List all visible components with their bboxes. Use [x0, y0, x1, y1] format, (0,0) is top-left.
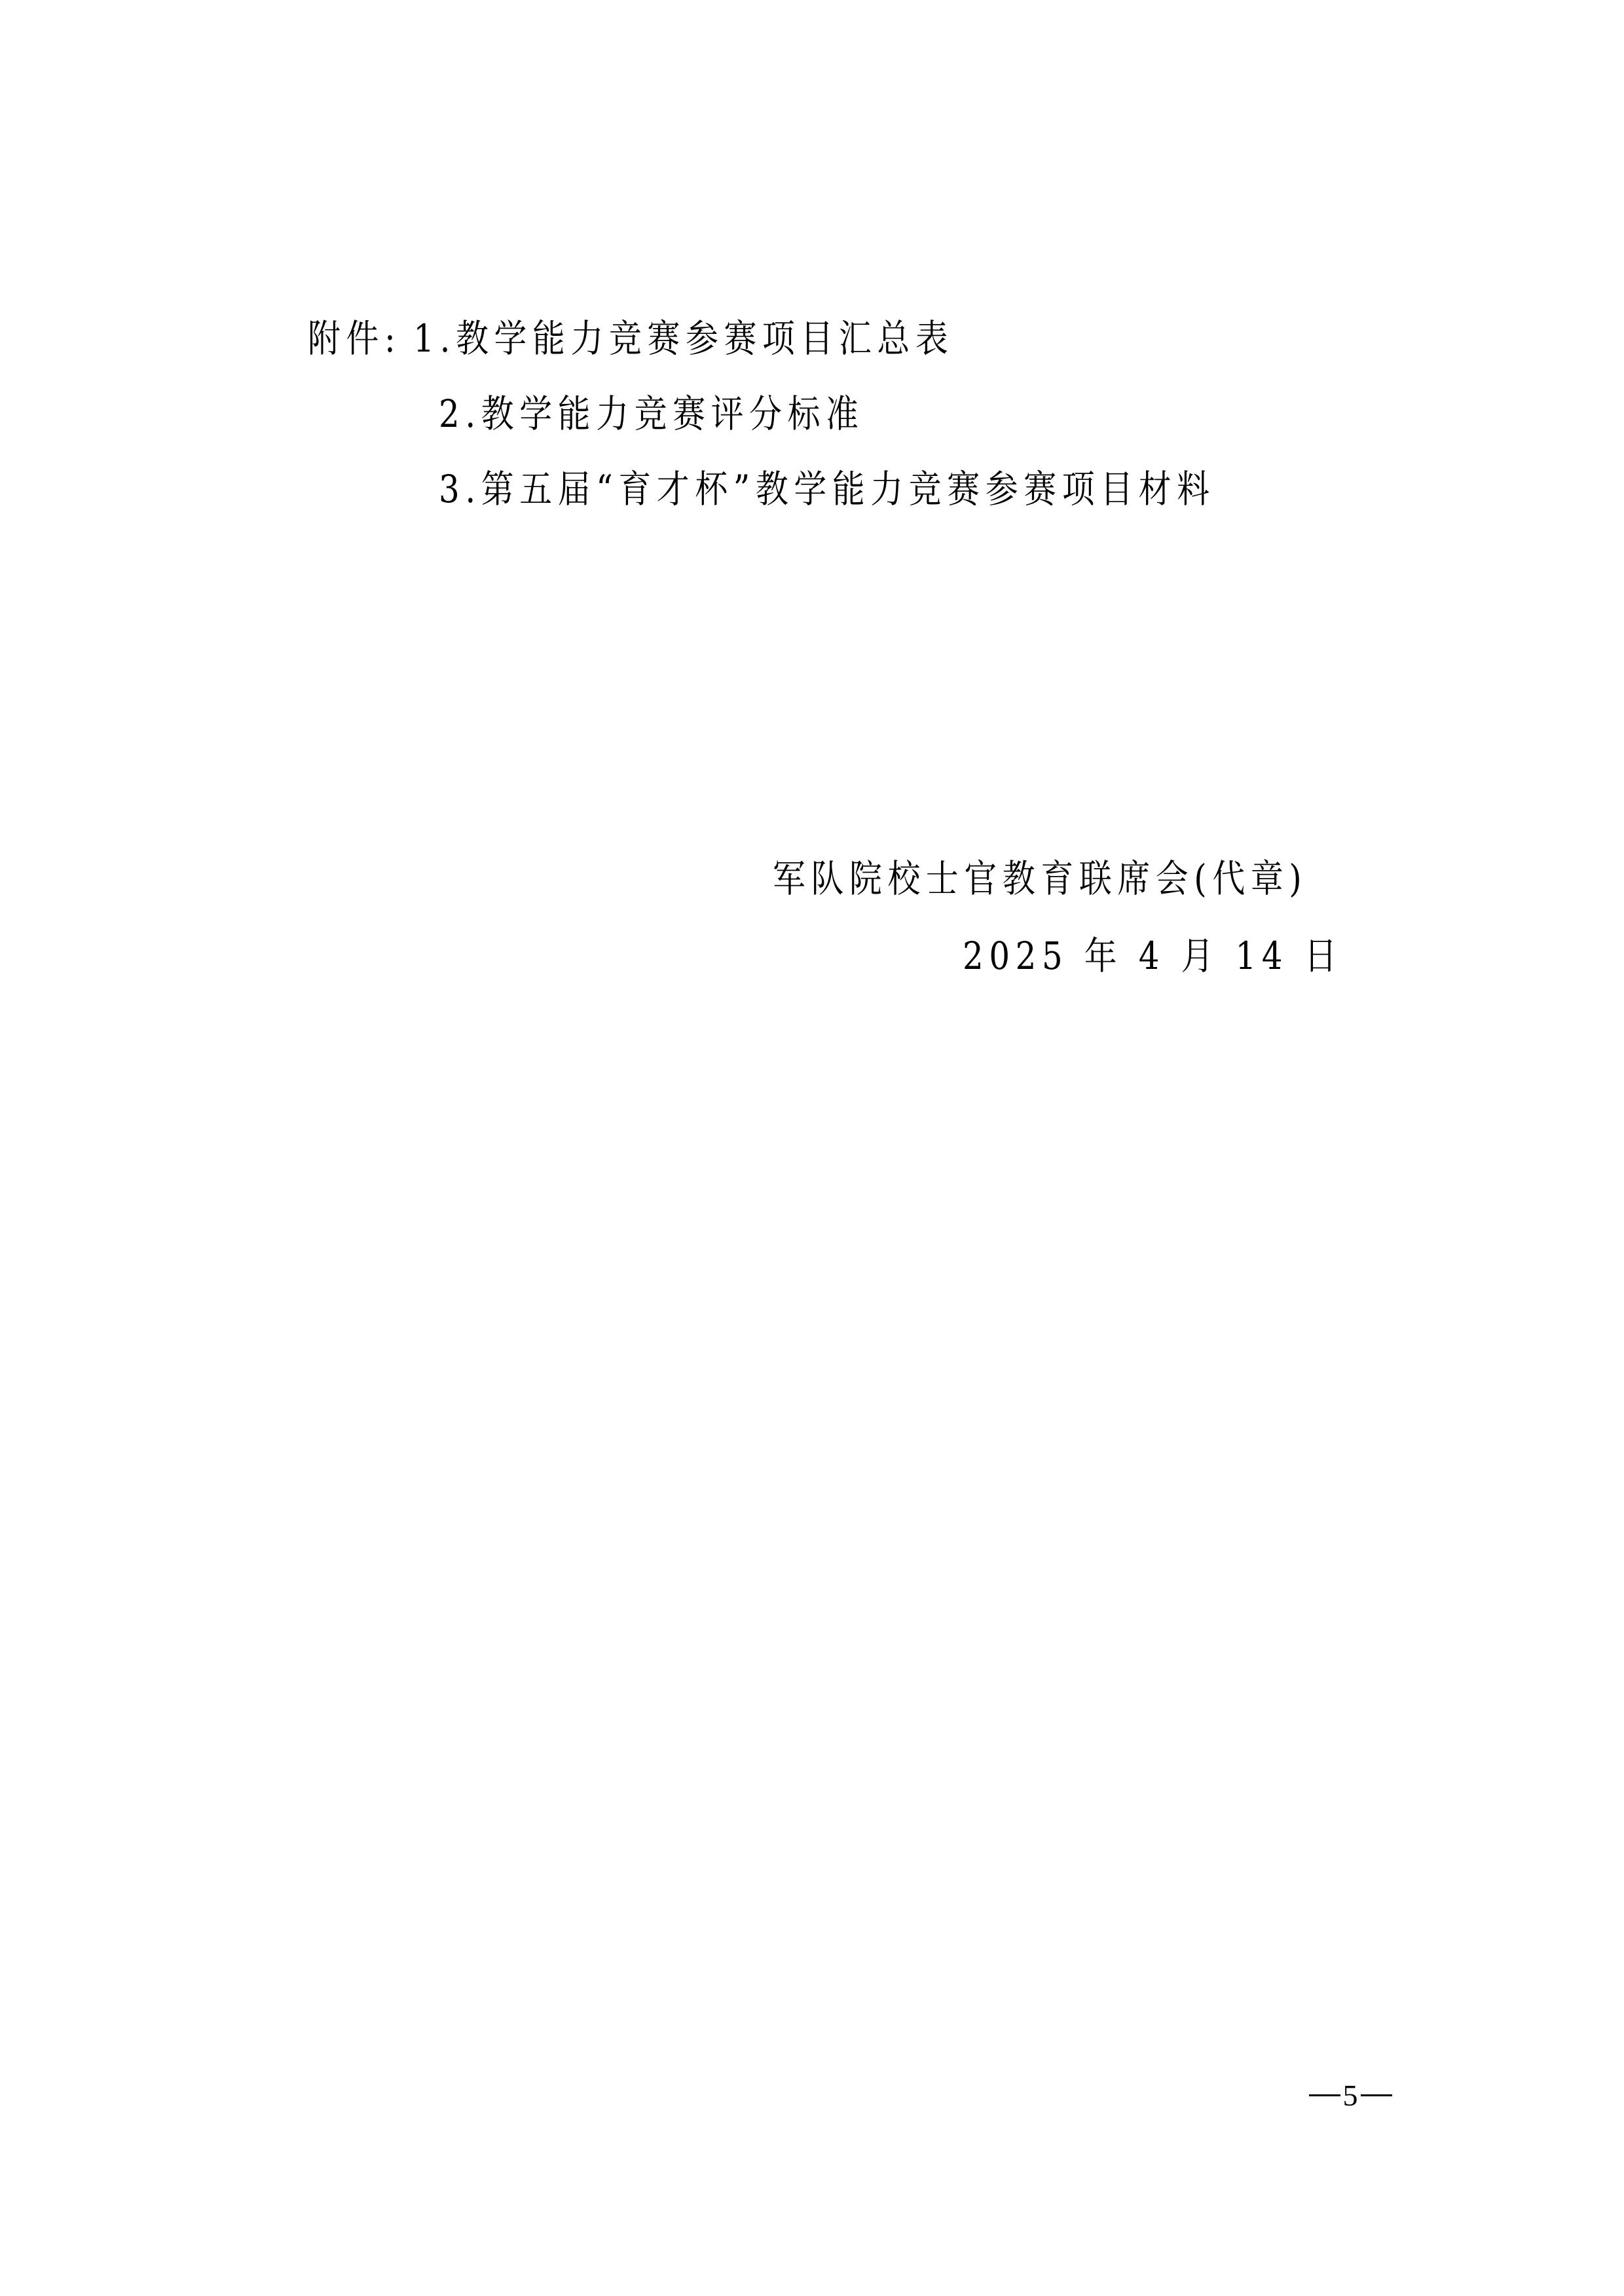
attachment-line-2: 2.教学能力竞赛评分标准	[439, 388, 864, 440]
page-number-value: 5	[1340, 2078, 1361, 2113]
attachment-item-2: 2.教学能力竞赛评分标准	[439, 392, 864, 436]
dash-right	[1361, 2094, 1392, 2096]
signing-date: 2025 年 4 月 14 日	[963, 930, 1342, 982]
attachment-item-3: 3.第五届“育才杯”教学能力竞赛参赛项目材料	[439, 467, 1215, 511]
signing-organization: 军队院校士官教育联席会(代章)	[773, 852, 1307, 905]
dash-left	[1309, 2094, 1340, 2096]
attachment-item-1: 1.教学能力竞赛参赛项目汇总表	[413, 316, 953, 361]
page-number: 5	[1303, 2081, 1397, 2109]
attachments-label: 附件:	[308, 312, 401, 365]
attachment-line-3: 3.第五届“育才杯”教学能力竞赛参赛项目材料	[439, 463, 1215, 515]
attachment-line-1: 附件:1.教学能力竞赛参赛项目汇总表	[308, 312, 953, 365]
